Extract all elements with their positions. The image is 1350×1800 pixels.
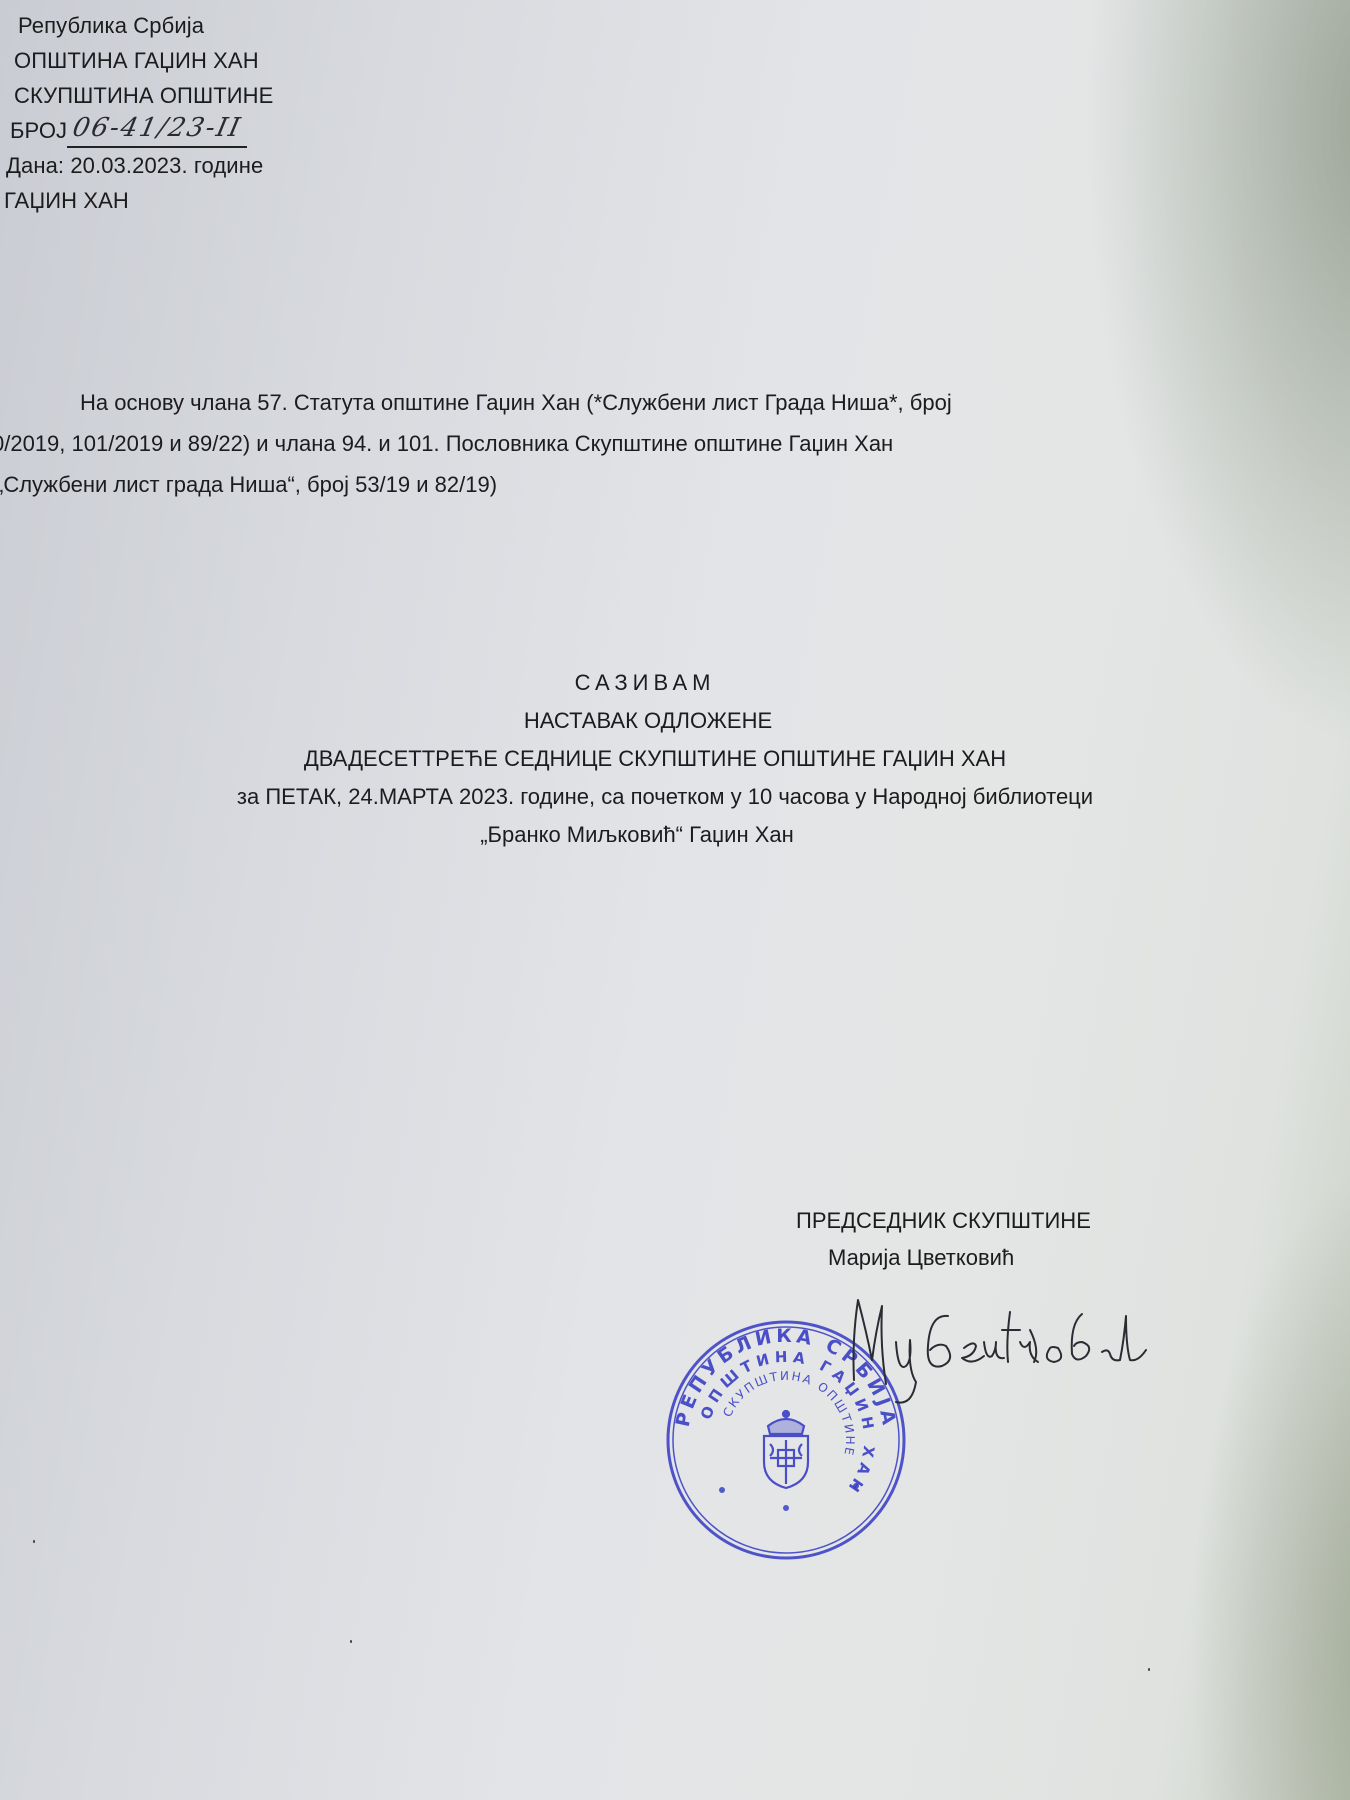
preamble-line: На основу члана 57. Статута општине Гаџи… (0, 382, 1350, 423)
handwritten-number: 06-41/23-II (69, 111, 245, 146)
document-date: Дана: 20.03.2023. године (4, 148, 273, 183)
country-name: Република Србија (4, 8, 273, 43)
number-field: 06-41/23-II (67, 120, 247, 148)
paper-speck (1148, 1668, 1150, 1671)
convocation-title: САЗИВАМ (0, 664, 1350, 702)
document-place: ГАЏИН ХАН (4, 183, 273, 218)
document-number: БРОЈ06-41/23-II (4, 113, 273, 148)
document-page: Република Србија ОПШТИНА ГАЏИН ХАН СКУПШ… (0, 0, 1350, 1800)
signatory-role: ПРЕДСЕДНИК СКУПШТИНЕ (796, 1202, 1091, 1239)
preamble-line: „Службени лист града Ниша“, број 53/19 и… (0, 464, 1350, 505)
legal-basis-paragraph: На основу члана 57. Статута општине Гаџи… (0, 382, 1350, 505)
number-label: БРОЈ (10, 118, 67, 143)
signatory-name: Марија Цветковић (796, 1239, 1091, 1276)
signature-block: ПРЕДСЕДНИК СКУПШТИНЕ Марија Цветковић (796, 1202, 1091, 1276)
assembly-name: СКУПШТИНА ОПШТИНЕ (4, 78, 273, 113)
convocation-venue: „Бранко Миљковић“ Гаџин Хан (0, 816, 1350, 854)
convocation-line: НАСТАВАК ОДЛОЖЕНЕ (0, 702, 1350, 740)
handwritten-signature: М Цветковић (838, 1290, 1218, 1410)
municipality-name: ОПШТИНА ГАЏИН ХАН (4, 43, 273, 78)
convocation-block: САЗИВАМ НАСТАВАК ОДЛОЖЕНЕ ДВАДЕСЕТТРЕЋЕ … (0, 664, 1350, 854)
convocation-datetime: за ПЕТАК, 24.МАРТА 2023. године, са поче… (0, 778, 1350, 816)
paper-speck (350, 1640, 352, 1643)
document-header: Република Србија ОПШТИНА ГАЏИН ХАН СКУПШ… (4, 8, 273, 218)
preamble-line: 0/2019, 101/2019 и 89/22) и члана 94. и … (0, 423, 1350, 464)
convocation-line: ДВАДЕСЕТТРЕЋЕ СЕДНИЦЕ СКУПШТИНЕ ОПШТИНЕ … (0, 740, 1350, 778)
coat-of-arms-icon (764, 1411, 808, 1488)
paper-speck (33, 1540, 35, 1543)
